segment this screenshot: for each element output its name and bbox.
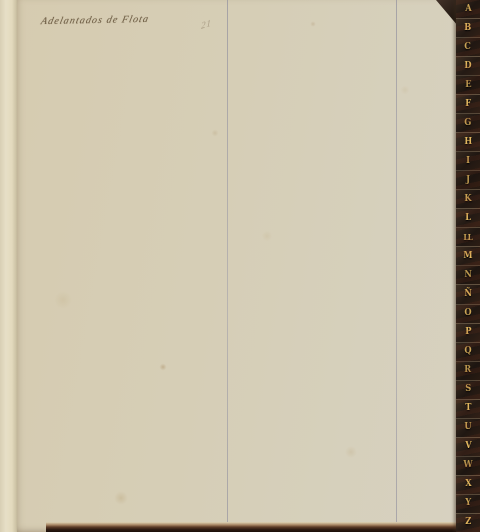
alphabet-tab-s[interactable]: S bbox=[456, 380, 480, 399]
alphabet-tab-a[interactable]: A bbox=[456, 0, 480, 18]
alphabet-tab-r[interactable]: R bbox=[456, 361, 480, 380]
handwritten-heading: Adelantados de Flota bbox=[40, 14, 151, 27]
tab-letter: S bbox=[465, 385, 471, 394]
tab-letter: A bbox=[465, 5, 471, 14]
alphabet-tab-v[interactable]: V bbox=[456, 437, 480, 456]
alphabet-tab-c[interactable]: C bbox=[456, 37, 480, 56]
tab-letter: M bbox=[463, 252, 472, 261]
tab-letter: X bbox=[465, 480, 471, 489]
alphabet-tab-y[interactable]: Y bbox=[456, 494, 480, 513]
tab-letter: I bbox=[466, 157, 470, 166]
tab-letter: O bbox=[464, 309, 471, 318]
foxing-stains bbox=[17, 0, 456, 532]
alphabet-tab-g[interactable]: G bbox=[456, 113, 480, 132]
tab-letter: N bbox=[464, 271, 472, 280]
index-page: Adelantados de Flota 21 bbox=[17, 0, 456, 532]
tab-letter: Q bbox=[464, 347, 471, 356]
alphabet-tab-l[interactable]: L bbox=[456, 208, 480, 227]
tab-letter: L bbox=[465, 214, 471, 223]
underlying-pages-edge bbox=[0, 0, 17, 532]
tab-letter: B bbox=[464, 24, 471, 33]
alphabet-tab-w[interactable]: W bbox=[456, 456, 480, 475]
scanned-book-page: Adelantados de Flota 21 ABCDEFGHIJKLLLMN… bbox=[0, 0, 480, 532]
alphabet-tab-ñ[interactable]: Ñ bbox=[456, 284, 480, 303]
tab-letter: D bbox=[464, 62, 471, 71]
tab-letter: J bbox=[466, 176, 470, 185]
alphabet-tab-d[interactable]: D bbox=[456, 56, 480, 75]
alphabet-tab-x[interactable]: X bbox=[456, 475, 480, 494]
tab-letter: E bbox=[465, 81, 471, 90]
alphabet-tab-p[interactable]: P bbox=[456, 323, 480, 342]
alphabet-tab-ll[interactable]: LL bbox=[456, 227, 480, 246]
alphabet-tab-n[interactable]: N bbox=[456, 265, 480, 284]
alphabet-tab-o[interactable]: O bbox=[456, 304, 480, 323]
alphabet-tab-j[interactable]: J bbox=[456, 170, 480, 189]
tab-letter: Y bbox=[465, 499, 471, 508]
alphabet-tab-t[interactable]: T bbox=[456, 399, 480, 418]
tab-letter: H bbox=[464, 138, 472, 147]
tab-letter: C bbox=[465, 43, 472, 52]
alphabet-tab-u[interactable]: U bbox=[456, 418, 480, 437]
tab-letter: G bbox=[464, 119, 471, 128]
alphabet-tab-z[interactable]: Z bbox=[456, 513, 480, 532]
column-rule-left bbox=[227, 0, 228, 523]
tab-letter: T bbox=[465, 404, 471, 413]
alphabet-tab-h[interactable]: H bbox=[456, 132, 480, 151]
tab-letter: V bbox=[465, 442, 471, 451]
tab-letter: P bbox=[465, 328, 471, 337]
alphabet-tab-strip: ABCDEFGHIJKLLLMNÑOPQRSTUVWXYZ bbox=[456, 0, 480, 532]
alphabet-tab-q[interactable]: Q bbox=[456, 342, 480, 361]
book-bottom-edge bbox=[46, 522, 480, 532]
tab-letter: F bbox=[465, 100, 471, 109]
alphabet-tab-m[interactable]: M bbox=[456, 246, 480, 265]
tab-letter: U bbox=[464, 423, 471, 432]
alphabet-tab-f[interactable]: F bbox=[456, 94, 480, 113]
tab-letter: LL bbox=[464, 233, 473, 241]
tab-letter: Ñ bbox=[464, 290, 472, 299]
alphabet-tab-b[interactable]: B bbox=[456, 18, 480, 37]
alphabet-tab-i[interactable]: I bbox=[456, 151, 480, 170]
alphabet-tab-k[interactable]: K bbox=[456, 189, 480, 208]
page-number-mark: 21 bbox=[201, 17, 212, 31]
tab-letter: Z bbox=[465, 518, 471, 527]
alphabet-tab-e[interactable]: E bbox=[456, 75, 480, 94]
tab-letter: W bbox=[463, 461, 472, 470]
tab-letter: R bbox=[465, 366, 472, 375]
tab-letter: K bbox=[464, 195, 471, 204]
column-rule-right bbox=[396, 0, 397, 523]
